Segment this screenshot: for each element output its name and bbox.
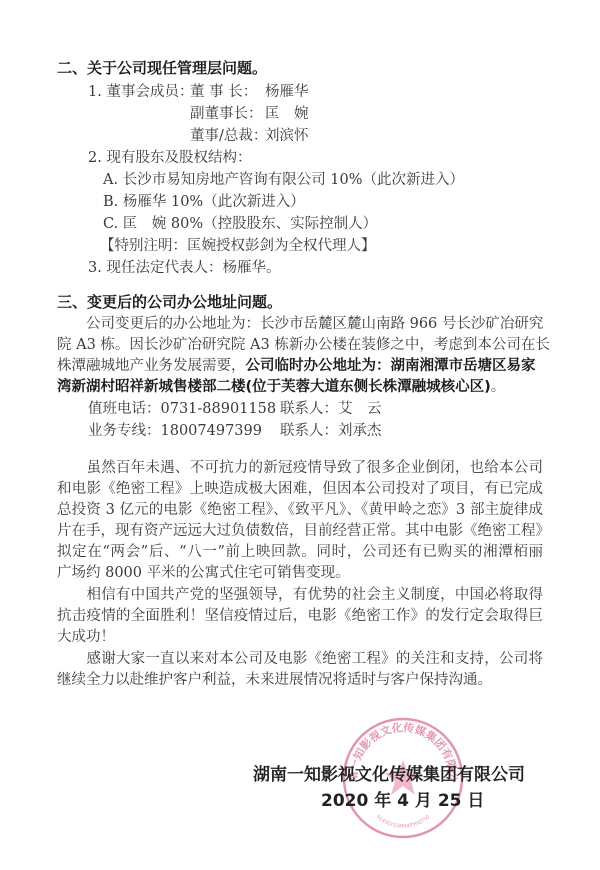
vice-chairman-name: 匡 婉 bbox=[265, 104, 309, 124]
address-line-3: 株潭融城地产业务发展需要，公司临时办公地址为：湖南湘潭市岳塘区易家 bbox=[57, 356, 536, 376]
chairman-name: 杨雁华 bbox=[265, 82, 309, 102]
special-note: 【特别注明：匡婉授权彭剑为全权代理人】 bbox=[100, 236, 376, 256]
address-end: 。 bbox=[491, 379, 506, 395]
address-line-2: 院 A3 栋。因长沙矿冶研究院 A3 栋新办公楼在装修之中，考虑到本公司在长 bbox=[57, 335, 543, 355]
contact-person-business: 联系人：刘承杰 bbox=[280, 421, 382, 441]
legal-representative: 3. 现任法定代表人：杨雁华。 bbox=[88, 258, 280, 278]
shareholder-b: B. 杨雁华 10%（此次新进入） bbox=[103, 192, 305, 212]
temp-address-part-1: 公司临时办公地址为：湖南湘潭市岳塘区易家 bbox=[246, 358, 536, 374]
duty-phone-label: 值班电话： bbox=[88, 401, 161, 417]
para2-line-3: 大成功！ bbox=[57, 627, 115, 647]
signature-company: 湖南一知影视文化传媒集团有限公司 bbox=[253, 760, 525, 785]
duty-person: 艾 云 bbox=[338, 401, 382, 417]
chairman-label: 董 事 长： bbox=[190, 82, 257, 102]
business-phone-label: 业务专线： bbox=[88, 423, 161, 439]
para2-line-1: 相信有中国共产党的坚强领导，有优势的社会主义制度，中国必将取得 bbox=[57, 585, 543, 605]
contact-person-duty: 联系人：艾 云 bbox=[280, 399, 382, 419]
vice-chairman-label: 副董事长： bbox=[190, 104, 263, 124]
business-phone-value: 18007497399 bbox=[161, 423, 262, 439]
para1-line-5: 拟定在“两会”后、“八一”前上映回款。同时，公司还有已购买的湘潭栢丽 bbox=[57, 542, 543, 562]
seal-code-text: 91430103MA4PYH0T50 bbox=[375, 814, 431, 829]
business-person-label: 联系人： bbox=[280, 423, 338, 439]
para2-line-2: 抗击疫情的全面胜利！坚信疫情过后，电影《绝密工作》的发行定会取得巨 bbox=[57, 606, 543, 626]
director-label: 董事/总裁： bbox=[190, 126, 267, 146]
para1-line-6: 广场约 8000 平米的公寓式住宅可销售变现。 bbox=[57, 563, 350, 583]
address-line-3-text: 株潭融城地产业务发展需要， bbox=[57, 358, 246, 374]
temp-address-part-2: 湾新湖村昭祥新城售楼部二楼(位于芙蓉大道东侧长株潭融城核心区) bbox=[57, 379, 491, 395]
director-name: 刘滨怀 bbox=[265, 126, 309, 146]
contact-row-business: 业务专线：18007497399 bbox=[88, 421, 262, 441]
para3-line-1: 感谢大家一直以来对本公司及电影《绝密工程》的关注和支持，公司将 bbox=[57, 649, 543, 669]
address-line-4: 湾新湖村昭祥新城售楼部二楼(位于芙蓉大道东侧长株潭融城核心区)。 bbox=[57, 377, 505, 397]
duty-person-label: 联系人： bbox=[280, 401, 338, 417]
duty-phone-value: 0731-88901158 bbox=[161, 401, 277, 417]
para3-line-2: 继续全力以赴维护客户利益，未来进展情况将适时与客户保持沟通。 bbox=[57, 670, 492, 690]
svg-text:91430103MA4PYH0T50: 91430103MA4PYH0T50 bbox=[375, 814, 431, 829]
document-page: 二、关于公司现任管理层问题。 1. 董事会成员： 董 事 长： 杨雁华 副董事长… bbox=[0, 0, 600, 870]
para1-line-2: 和电影《绝密工程》上映造成极大困难，但因本公司投对了项目，有已完成 bbox=[57, 479, 543, 499]
address-line-1: 公司变更后的办公地址为：长沙市岳麓区麓山南路 966 号长沙矿冶研究 bbox=[57, 314, 543, 334]
contact-row-duty: 值班电话：0731-88901158 bbox=[88, 399, 276, 419]
business-person: 刘承杰 bbox=[338, 423, 382, 439]
board-members-label: 1. 董事会成员： bbox=[88, 82, 193, 102]
section3-heading: 三、变更后的公司办公地址问题。 bbox=[57, 292, 282, 312]
para1-line-4: 片在手，现有资产远远大过负债数倍，目前经营正常。其中电影《绝密工程》 bbox=[57, 521, 543, 541]
shareholder-c: C. 匡 婉 80%（控股股东、实际控制人） bbox=[103, 214, 377, 234]
shareholders-label: 2. 现有股东及股权结构： bbox=[88, 148, 251, 168]
signature-date: 2020 年 4 月 25 日 bbox=[321, 786, 484, 811]
shareholder-a: A. 长沙市易知房地产咨询有限公司 10%（此次新进入） bbox=[103, 170, 464, 190]
para1-line-3: 总投资 3 亿元的电影《绝密工程》、《致平凡》、《黄甲岭之恋》3 部主旋律成 bbox=[57, 500, 543, 520]
para1-line-1: 虽然百年未遇、不可抗力的新冠疫情导致了很多企业倒闭，也给本公司 bbox=[57, 458, 543, 478]
section2-heading: 二、关于公司现任管理层问题。 bbox=[57, 58, 267, 78]
